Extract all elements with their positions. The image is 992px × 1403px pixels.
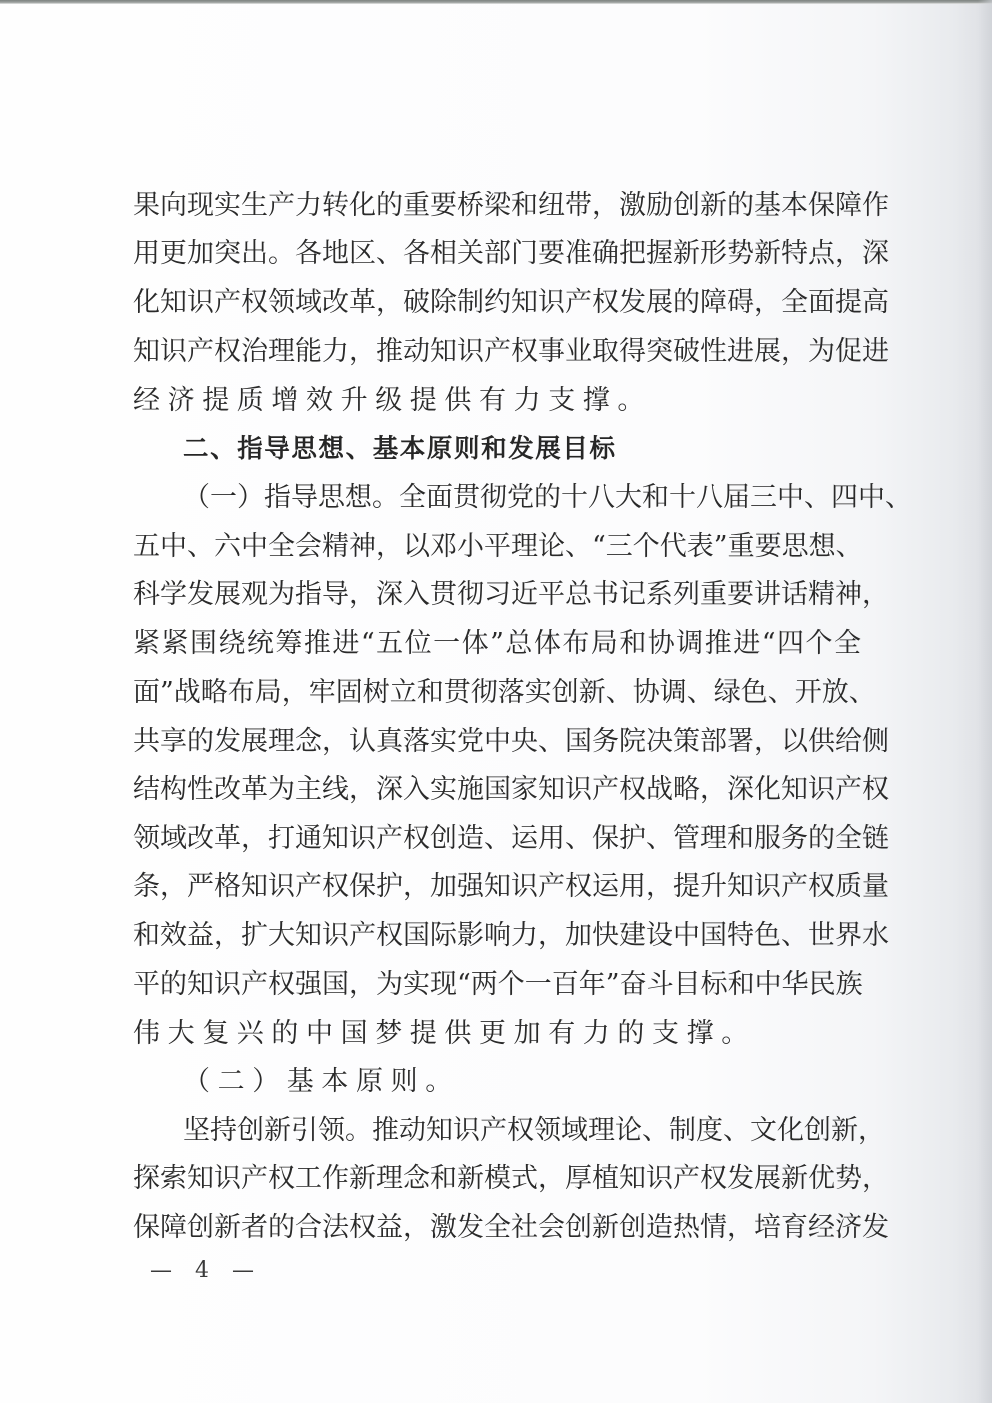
body-line: 知识产权治理能力，推动知识产权事业取得突破性进展，为促进 [133, 335, 861, 369]
paragraph-last-line: 伟大复兴的中国梦提供更加有力的支撑。 [133, 1017, 861, 1051]
body-line: 面”战略布局，牢固树立和贯彻落实创新、协调、绿色、开放、 [133, 676, 861, 710]
body-line: 和效益，扩大知识产权国际影响力，加快建设中国特色、世界水 [133, 919, 861, 953]
subsection-first-line: 坚持创新引领。推动知识产权领域理论、制度、文化创新， [183, 1114, 861, 1148]
body-line: 探索知识产权工作新理念和新模式，厚植知识产权发展新优势， [133, 1162, 861, 1196]
scanner-right-shadow [978, 0, 992, 1403]
body-line: 科学发展观为指导，深入贯彻习近平总书记系列重要讲话精神， [133, 578, 861, 612]
body-line: 紧紧围绕统筹推进“五位一体”总体布局和协调推进“四个全 [133, 627, 861, 661]
body-line: 结构性改革为主线，深入实施国家知识产权战略，深化知识产权 [133, 773, 861, 807]
body-line: 共享的发展理念，认真落实党中央、国务院决策部署，以供给侧 [133, 725, 861, 759]
body-line: 果向现实生产力转化的重要桥梁和纽带，激励创新的基本保障作 [133, 189, 861, 223]
body-line: 平的知识产权强国，为实现“两个一百年”奋斗目标和中华民族 [133, 968, 861, 1002]
body-line: 用更加突出。各地区、各相关部门要准确把握新形势新特点，深 [133, 237, 861, 271]
section-heading: 二、指导思想、基本原则和发展目标 [183, 432, 603, 466]
paragraph-last-line: 经济提质增效升级提供有力支撑。 [133, 384, 861, 418]
body-line: 五中、六中全会精神，以邓小平理论、“三个代表”重要思想、 [133, 530, 861, 564]
subsection-first-line: （一）指导思想。全面贯彻党的十八大和十八届三中、四中、 [183, 481, 861, 515]
body-line: 保障创新者的合法权益，激发全社会创新创造热情，培育经济发 [133, 1211, 861, 1245]
page-number: — 4 — [150, 1258, 262, 1283]
body-line: 条，严格知识产权保护，加强知识产权运用，提升知识产权质量 [133, 870, 861, 904]
subsection-heading: （二）基本原则。 [183, 1065, 861, 1099]
scanner-top-edge [0, 0, 992, 4]
body-line: 化知识产权领域改革，破除制约知识产权发展的障碍，全面提高 [133, 286, 861, 320]
body-line: 领域改革，打通知识产权创造、运用、保护、管理和服务的全链 [133, 822, 861, 856]
scanned-document-page: 果向现实生产力转化的重要桥梁和纽带，激励创新的基本保障作 用更加突出。各地区、各… [0, 0, 992, 1403]
